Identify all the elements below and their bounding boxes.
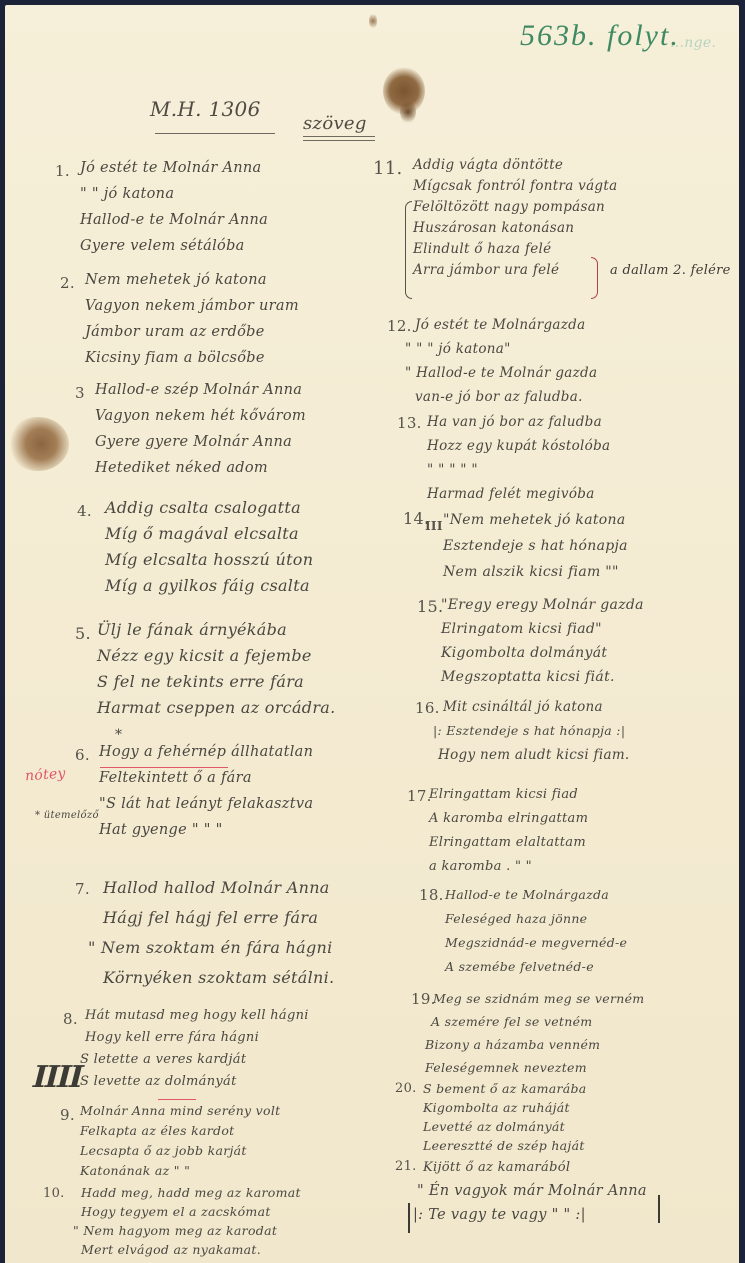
verse-line: Kigombolta dolmányát [441, 641, 644, 665]
red-tally-underline [158, 1099, 196, 1100]
verse-line: Harmad felét megivóba [427, 482, 610, 506]
verse-line: Jó estét te Molnárgazda [415, 313, 607, 337]
verse-line: Jó estét te Molnár Anna [80, 155, 268, 181]
verse-line: Hogy nem aludt kicsi fiam. [438, 743, 630, 767]
verse-line: Megszidnád-e megvernéd-e [445, 931, 627, 955]
verse-line: " Hallod-e te Molnár gazda [405, 361, 597, 385]
verse-line: Hat gyenge " " " [99, 817, 313, 843]
verse-line: Míg a gyilkos fáig csalta [105, 573, 313, 599]
stanza-number: 3 [75, 384, 85, 402]
verse-line: "Nem mehetek jó katona [443, 507, 628, 533]
stanza-number: 11. [373, 158, 403, 179]
verse-line: Mert elvágod az nyakamat. [81, 1240, 301, 1259]
verse-line: Gyere gyere Molnár Anna [95, 429, 306, 455]
red-margin-note: nótey [24, 766, 66, 785]
verse-line: Míg ő magával elcsalta [105, 521, 313, 547]
stain-left [7, 417, 69, 471]
asterisk-margin-note: * ütemelőző [35, 810, 99, 821]
catalog-number: M.H. 1306 [150, 97, 261, 121]
verse-line: S levette az dolmányát [80, 1071, 304, 1093]
verse-line: Meg se szidnám meg se verném [433, 987, 644, 1010]
heading-underline-2 [303, 140, 375, 141]
stanza-number: 4. [77, 502, 92, 520]
verse-line: " " " jó katona" [405, 337, 597, 361]
verse-line: Huszárosan katonásan [413, 218, 617, 239]
verse-line: Feltekintett ő a fára [99, 765, 313, 791]
verse-line: Hallod-e te Molnár Anna [80, 207, 268, 233]
verse-line: Addig csalta csalogatta [105, 495, 313, 521]
verse-line: " Nem szoktam én fára hágni [88, 933, 333, 963]
verse-line: Környéken szoktam sétálni. [103, 963, 348, 993]
verse-line: S bement ő az kamarába [423, 1079, 587, 1098]
verse-line: Ülj le fának árnyékába [97, 617, 336, 643]
melody-side-note: a dallam 2. felére [610, 263, 731, 278]
verse-line: Arra jámbor ura felé [413, 260, 617, 281]
archive-mark-faint: ...nge. [670, 35, 716, 51]
verse-line: Vagyon nekem hét kővárom [95, 403, 306, 429]
stanza-number: 21. [395, 1159, 417, 1174]
verse-line: Hallod hallod Molnár Anna [103, 873, 348, 903]
stanza-number: 10. [43, 1186, 65, 1201]
verse-line: A szemére fel se vetném [431, 1010, 642, 1033]
verse-line: Ha van jó bor az faludba [427, 410, 610, 434]
verse-line: Felkapta az éles kardot [80, 1121, 280, 1141]
stanza-number: 7. [75, 880, 90, 898]
verse-line: Elringattam elaltattam [429, 831, 588, 855]
verse-line: Mígcsak fontról fontra vágta [413, 176, 617, 197]
verse-line: Hogy kell erre fára hágni [85, 1027, 309, 1049]
verse-line: S fel ne tekints erre fára [97, 669, 336, 695]
stanza-number: 15. [417, 597, 443, 616]
verse-line: Elringatom kicsi fiad" [441, 617, 644, 641]
verse-line: Feleségemnek neveztem [425, 1056, 636, 1079]
stanza-number: 16. [415, 699, 440, 717]
repeat-bar-left [408, 1203, 410, 1233]
repeat-bar-right [658, 1195, 660, 1223]
stanza-number: 9. [60, 1106, 75, 1124]
verse-line: "Eregy eregy Molnár gazda [441, 593, 644, 617]
tally-mark: IIII [29, 1060, 86, 1095]
verse-line: Kicsiny fiam a bölcsőbe [85, 345, 299, 371]
verse-line: A szemébe felvetnéd-e [445, 955, 627, 979]
archive-mark: 563b. folyt. [520, 19, 680, 53]
verse-line: Míg elcsalta hosszú úton [105, 547, 313, 573]
verse-line: " " " " " [427, 458, 610, 482]
stanza-number: 13. [397, 414, 422, 432]
verse-line: Feleséged haza jönne [445, 907, 627, 931]
heading-szoveg: szöveg [303, 113, 367, 134]
verse-line: Kigombolta az ruháját [423, 1098, 587, 1117]
verse-line: Gyere velem sétálóba [80, 233, 268, 259]
stanza-number: 6. [75, 746, 90, 764]
verse-line: Nézz egy kicsit a fejembe [97, 643, 336, 669]
verse-line: Bizony a házamba venném [425, 1033, 636, 1056]
verse-line: Hadd meg, hadd meg az karomat [81, 1183, 301, 1202]
stanza-number: 2. [60, 274, 75, 292]
verse-line: S letette a veres kardját [80, 1049, 304, 1071]
verse-line: Esztendeje s hat hónapja [443, 533, 628, 559]
verse-line: Harmat cseppen az orcádra. [97, 695, 336, 721]
stanza-number: 8. [63, 1010, 78, 1028]
verse-line: Elringattam kicsi fiad [429, 783, 588, 807]
verse-line: Katonának az " " [80, 1161, 280, 1181]
verse-line: Molnár Anna mind serény volt [80, 1101, 280, 1121]
verse-line: Hallod-e szép Molnár Anna [95, 377, 306, 403]
ink-drip-top [369, 13, 377, 29]
verse-line: "S lát hat leányt felakasztva [99, 791, 313, 817]
verse-line: Nem alszik kicsi fiam "" [443, 559, 628, 585]
verse-line: Nem mehetek jó katona [85, 267, 299, 293]
verse-line: Hogy a fehérnép állhatatlan [99, 739, 313, 765]
verse-line: a karomba . " " [429, 855, 588, 879]
curly-bracket-left [405, 201, 412, 299]
stanza-number: 18. [419, 886, 444, 904]
verse-line: |: Esztendeje s hat hónapja :| [433, 719, 625, 743]
verse-line: Hágj fel hágj fel erre fára [103, 903, 348, 933]
verse-line: Leeresztté de szép haját [423, 1136, 587, 1155]
verse-line: van-e jó bor az faludba. [415, 385, 607, 409]
verse-line: Hallod-e te Molnárgazda [445, 883, 627, 907]
stanza-number: 20. [395, 1081, 417, 1096]
verse-line: Vagyon nekem jámbor uram [85, 293, 299, 319]
verse-line: Hozz egy kupát kóstolóba [427, 434, 610, 458]
red-underline-stanza-6 [100, 767, 228, 768]
verse-line: " Nem hagyom meg az karodat [73, 1221, 293, 1240]
verse-line: Jámbor uram az erdőbe [85, 319, 299, 345]
stanza-number: 5. [75, 624, 91, 643]
verse-line: A karomba elringattam [429, 807, 588, 831]
ink-stain-top-small [400, 101, 416, 123]
verse-line: |: Te vagy te vagy " " :| [413, 1203, 643, 1227]
tally-mark-14: III [425, 519, 443, 533]
verse-line: Hetediket néked adom [95, 455, 306, 481]
verse-line: " " jó katona [80, 181, 268, 207]
verse-line: " Én vagyok már Molnár Anna [417, 1179, 647, 1203]
stanza-number: 1. [55, 162, 70, 180]
verse-line: Elindult ő haza felé [413, 239, 617, 260]
verse-line: Hogy tegyem el a zacskómat [81, 1202, 301, 1221]
verse-line: Mit csináltál jó katona [443, 695, 635, 719]
verse-line: Lecsapta ő az jobb karját [80, 1141, 280, 1161]
manuscript-page: 563b. folyt. ...nge. M.H. 1306 szöveg 1.… [5, 5, 739, 1263]
catalog-underline [155, 133, 275, 134]
stanza-number: 12. [387, 317, 412, 335]
verse-line: Levetté az dolmányát [423, 1117, 587, 1136]
verse-line: Megszoptatta kicsi fiát. [441, 665, 644, 689]
verse-line: Kijött ő az kamarából [423, 1157, 653, 1179]
verse-line: Addig vágta döntötte [413, 155, 617, 176]
heading-underline-1 [303, 136, 375, 137]
verse-line: Felöltözött nagy pompásan [413, 197, 617, 218]
verse-line: Hát mutasd meg hogy kell hágni [85, 1005, 309, 1027]
curly-bracket-right-red [591, 257, 598, 299]
